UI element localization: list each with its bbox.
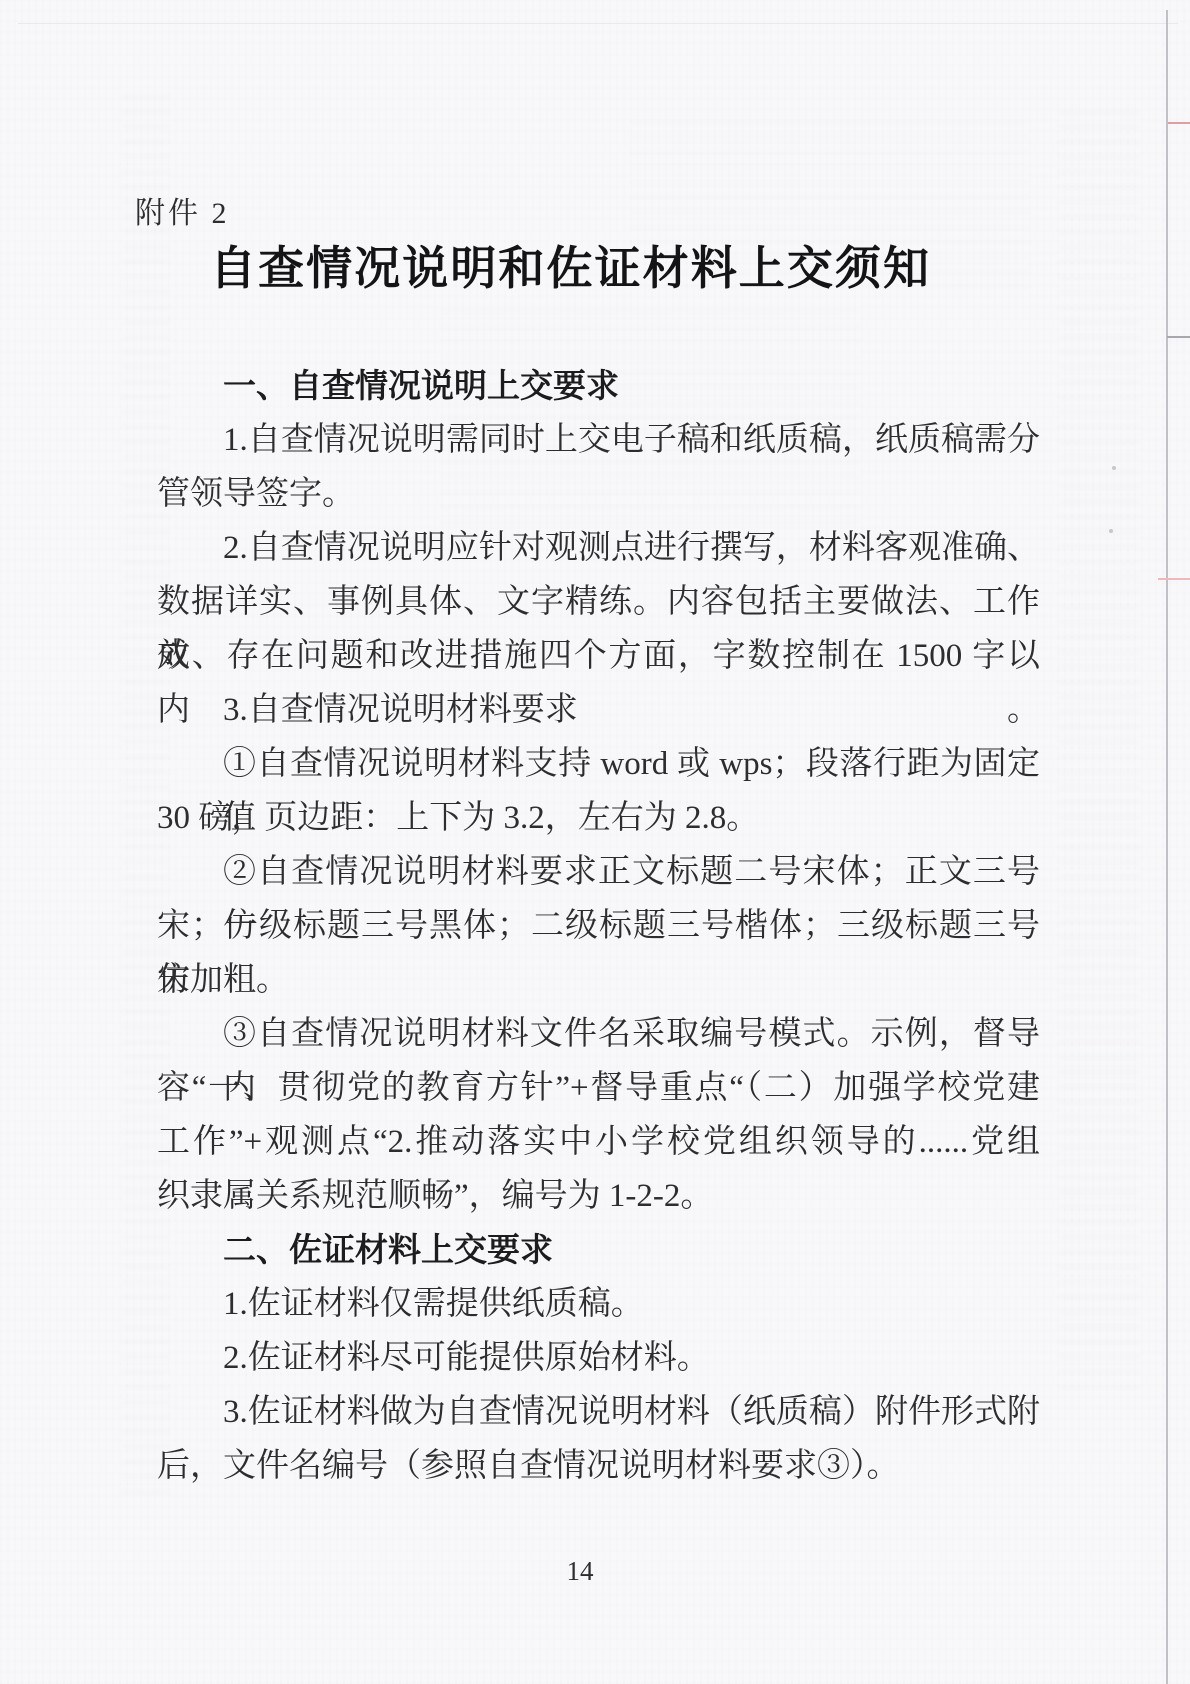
text-line: 数据详实、事例具体、文字精练。内容包括主要做法、工作成 — [157, 575, 1040, 629]
text-line: 2.自查情况说明应针对观测点进行撰写，材料客观准确、 — [157, 521, 1040, 575]
text-line: 3.佐证材料做为自查情况说明材料（纸质稿）附件形式附 — [157, 1385, 1040, 1439]
text-line: 效、存在问题和改进措施四个方面，字数控制在 1500 字以内。 — [157, 629, 1040, 683]
text-line: 工作”+观测点“2.推动落实中小学校党组织领导的......党组 — [157, 1115, 1040, 1169]
scan-mark — [1168, 122, 1190, 124]
text-line: 容“一、贯彻党的教育方针”+督导重点“（二）加强学校党建 — [157, 1061, 1040, 1115]
text-line: 宋；一级标题三号黑体；二级标题三号楷体；三级标题三号仿 — [157, 899, 1040, 953]
text-line: 2.佐证材料尽可能提供原始材料。 — [157, 1331, 1040, 1385]
text-line: 1.自查情况说明需同时上交电子稿和纸质稿，纸质稿需分 — [157, 413, 1040, 467]
document-title: 自查情况说明和佐证材料上交须知 — [210, 232, 930, 298]
text-line: 宋加粗。 — [157, 953, 1040, 1007]
text-line: 管领导签字。 — [157, 467, 1040, 521]
attachment-label: 附件 2 — [135, 188, 230, 232]
scan-edge-line — [18, 23, 1178, 24]
text-line: 后，文件名编号（参照自查情况说明材料要求③）。 — [157, 1439, 1040, 1493]
section-heading: 二、佐证材料上交要求 — [157, 1223, 1040, 1277]
text-line: ①自查情况说明材料支持 word 或 wps；段落行距为固定值 — [157, 737, 1040, 791]
text-line: 30 磅，页边距：上下为 3.2，左右为 2.8。 — [157, 791, 1040, 845]
document-body: 一、自查情况说明上交要求 1.自查情况说明需同时上交电子稿和纸质稿，纸质稿需分 … — [157, 359, 1040, 1493]
scan-speck — [1112, 466, 1116, 470]
scan-speck — [1109, 529, 1113, 533]
text-line: 织隶属关系规范顺畅”，编号为 1-2-2。 — [157, 1169, 1040, 1223]
scan-bleed-artifact — [1058, 110, 1140, 1390]
scan-mark — [1167, 336, 1190, 338]
text-line: 1.佐证材料仅需提供纸质稿。 — [157, 1277, 1040, 1331]
text-line: ②自查情况说明材料要求正文标题二号宋体；正文三号仿 — [157, 845, 1040, 899]
text-line: ③自查情况说明材料文件名采取编号模式。示例，督导内 — [157, 1007, 1040, 1061]
scan-edge-line — [1166, 10, 1168, 1684]
section-heading: 一、自查情况说明上交要求 — [157, 359, 1040, 413]
scanned-document-page: 附件 2 自查情况说明和佐证材料上交须知 一、自查情况说明上交要求 1.自查情况… — [0, 0, 1190, 1684]
scan-mark — [1158, 578, 1190, 580]
page-number: 14 — [540, 1556, 620, 1587]
